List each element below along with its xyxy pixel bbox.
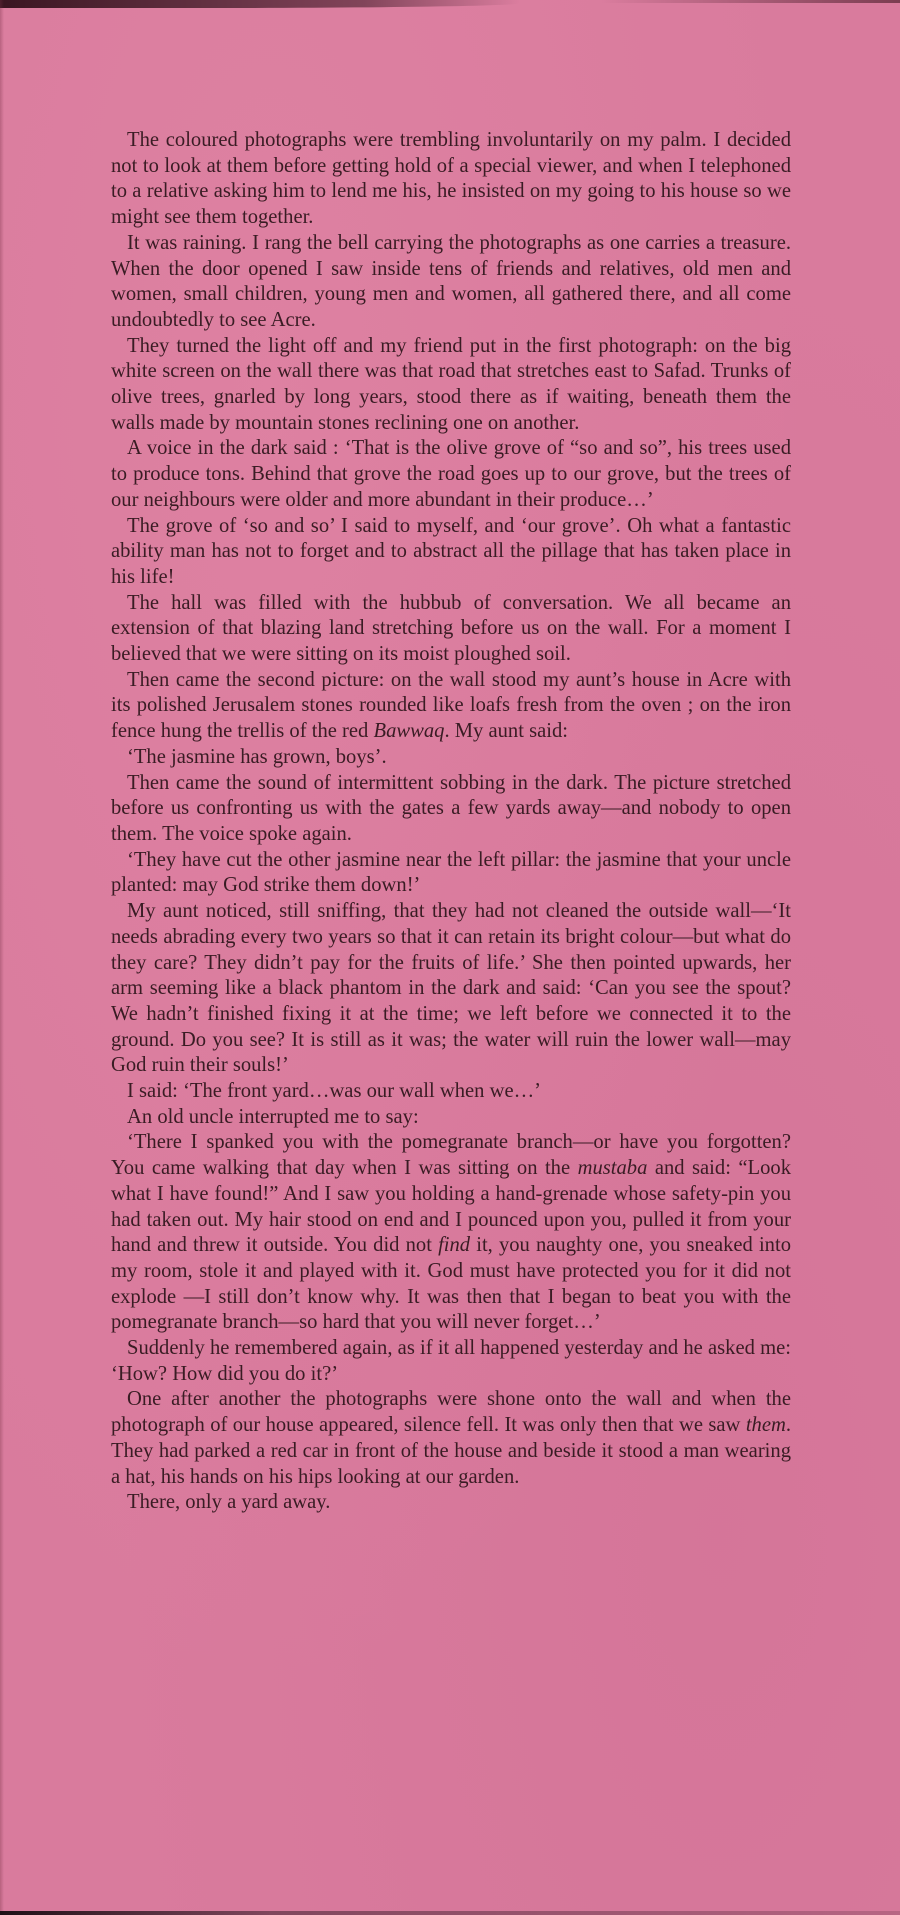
page-top-shadow-right	[600, 0, 900, 3]
text-run: It was raining. I rang the bell carrying…	[111, 232, 791, 331]
paragraph: An old uncle interrupted me to say:	[111, 1105, 791, 1131]
story-text: The coloured photographs were trembling …	[111, 128, 791, 1516]
paragraph: Suddenly he remembered again, as if it a…	[111, 1336, 791, 1387]
text-run: ‘The jasmine has grown, boys’.	[127, 746, 387, 768]
paragraph: The grove of ‘so and so’ I said to mysel…	[111, 514, 791, 591]
text-run: Then came the sound of intermittent sobb…	[111, 772, 791, 845]
text-run: One after another the photographs were s…	[111, 1388, 791, 1436]
paragraph: My aunt noticed, still sniffing, that th…	[111, 899, 791, 1079]
text-run: Suddenly he remembered again, as if it a…	[111, 1337, 791, 1385]
italic-term: find	[438, 1234, 470, 1256]
page-bottom-shadow	[0, 1911, 900, 1915]
paragraph: I said: ‘The front yard…was our wall whe…	[111, 1079, 791, 1105]
paragraph: There, only a yard away.	[111, 1490, 791, 1516]
italic-term: them	[746, 1414, 786, 1436]
text-run: A voice in the dark said : ‘That is the …	[111, 437, 791, 510]
paragraph: A voice in the dark said : ‘That is the …	[111, 436, 791, 513]
paragraph: The hall was filled with the hubbub of c…	[111, 591, 791, 668]
text-run: The grove of ‘so and so’ I said to mysel…	[111, 515, 791, 588]
text-run: An old uncle interrupted me to say:	[127, 1106, 419, 1128]
text-run: They turned the light off and my friend …	[111, 335, 791, 434]
paragraph: Then came the sound of intermittent sobb…	[111, 771, 791, 848]
text-run: There, only a yard away.	[127, 1491, 330, 1513]
paragraph: ‘There I spanked you with the pomegranat…	[111, 1130, 791, 1336]
paragraph: They turned the light off and my friend …	[111, 334, 791, 437]
italic-term: Bawwaq	[373, 720, 444, 742]
paragraph: Then came the second picture: on the wal…	[111, 668, 791, 745]
page-top-shadow	[0, 0, 520, 8]
text-run: The hall was filled with the hubbub of c…	[111, 592, 791, 665]
italic-term: mustaba	[578, 1157, 648, 1179]
text-run: The coloured photographs were trembling …	[111, 129, 791, 228]
paragraph: The coloured photographs were trembling …	[111, 128, 791, 231]
text-run: . My aunt said:	[444, 720, 568, 742]
paragraph: ‘They have cut the other jasmine near th…	[111, 848, 791, 899]
text-run: My aunt noticed, still sniffing, that th…	[111, 900, 791, 1076]
paragraph: It was raining. I rang the bell carrying…	[111, 231, 791, 334]
page-left-edge	[0, 0, 4, 1915]
scanned-page: The coloured photographs were trembling …	[0, 0, 900, 1915]
paragraph: ‘The jasmine has grown, boys’.	[111, 745, 791, 771]
paragraph: One after another the photographs were s…	[111, 1387, 791, 1490]
text-run: I said: ‘The front yard…was our wall whe…	[127, 1080, 541, 1102]
text-run: ‘They have cut the other jasmine near th…	[111, 849, 791, 897]
